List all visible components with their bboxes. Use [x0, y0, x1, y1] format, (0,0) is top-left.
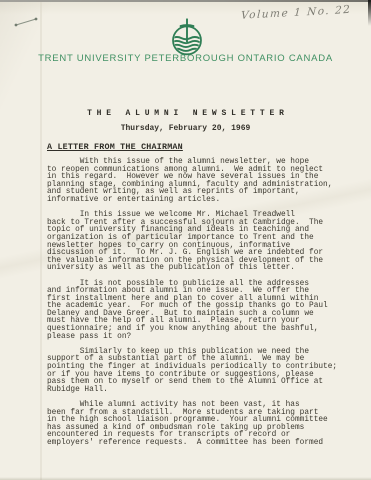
staple-mark [13, 14, 39, 24]
letter-paragraph-2: In this issue we welcome Mr. Michael Tre… [47, 212, 355, 273]
letter-paragraph-5: While alumni activity has not been vast,… [47, 402, 355, 448]
letter-paragraph-4: Similarly to keep up this publication we… [47, 349, 355, 395]
handwritten-volume-note: Volume 1 No. 2 [241, 4, 344, 21]
newsletter-title: T H E A L U M N I N E W S L E T T E R [0, 109, 371, 118]
scanned-newsletter-page: Volume 1 No. 2 2 TRENT UNIVERSITY PETERB… [0, 0, 371, 480]
newsletter-date: Thursday, February 20, 1969 [0, 124, 371, 133]
handwritten-page-number: 2 [343, 3, 352, 17]
letter-heading: A LETTER FROM THE CHAIRMAN [47, 142, 183, 152]
letter-paragraph-3: It is not possible to publicize all the … [47, 281, 355, 342]
trent-university-crest-logo [170, 18, 204, 56]
scan-top-edge [0, 0, 371, 2]
letter-paragraph-1: With this issue of the alumni newsletter… [47, 159, 355, 205]
institution-name: TRENT UNIVERSITY PETERBOROUGH ONTARIO CA… [0, 53, 371, 64]
letter-body: With this issue of the alumni newsletter… [47, 159, 355, 455]
